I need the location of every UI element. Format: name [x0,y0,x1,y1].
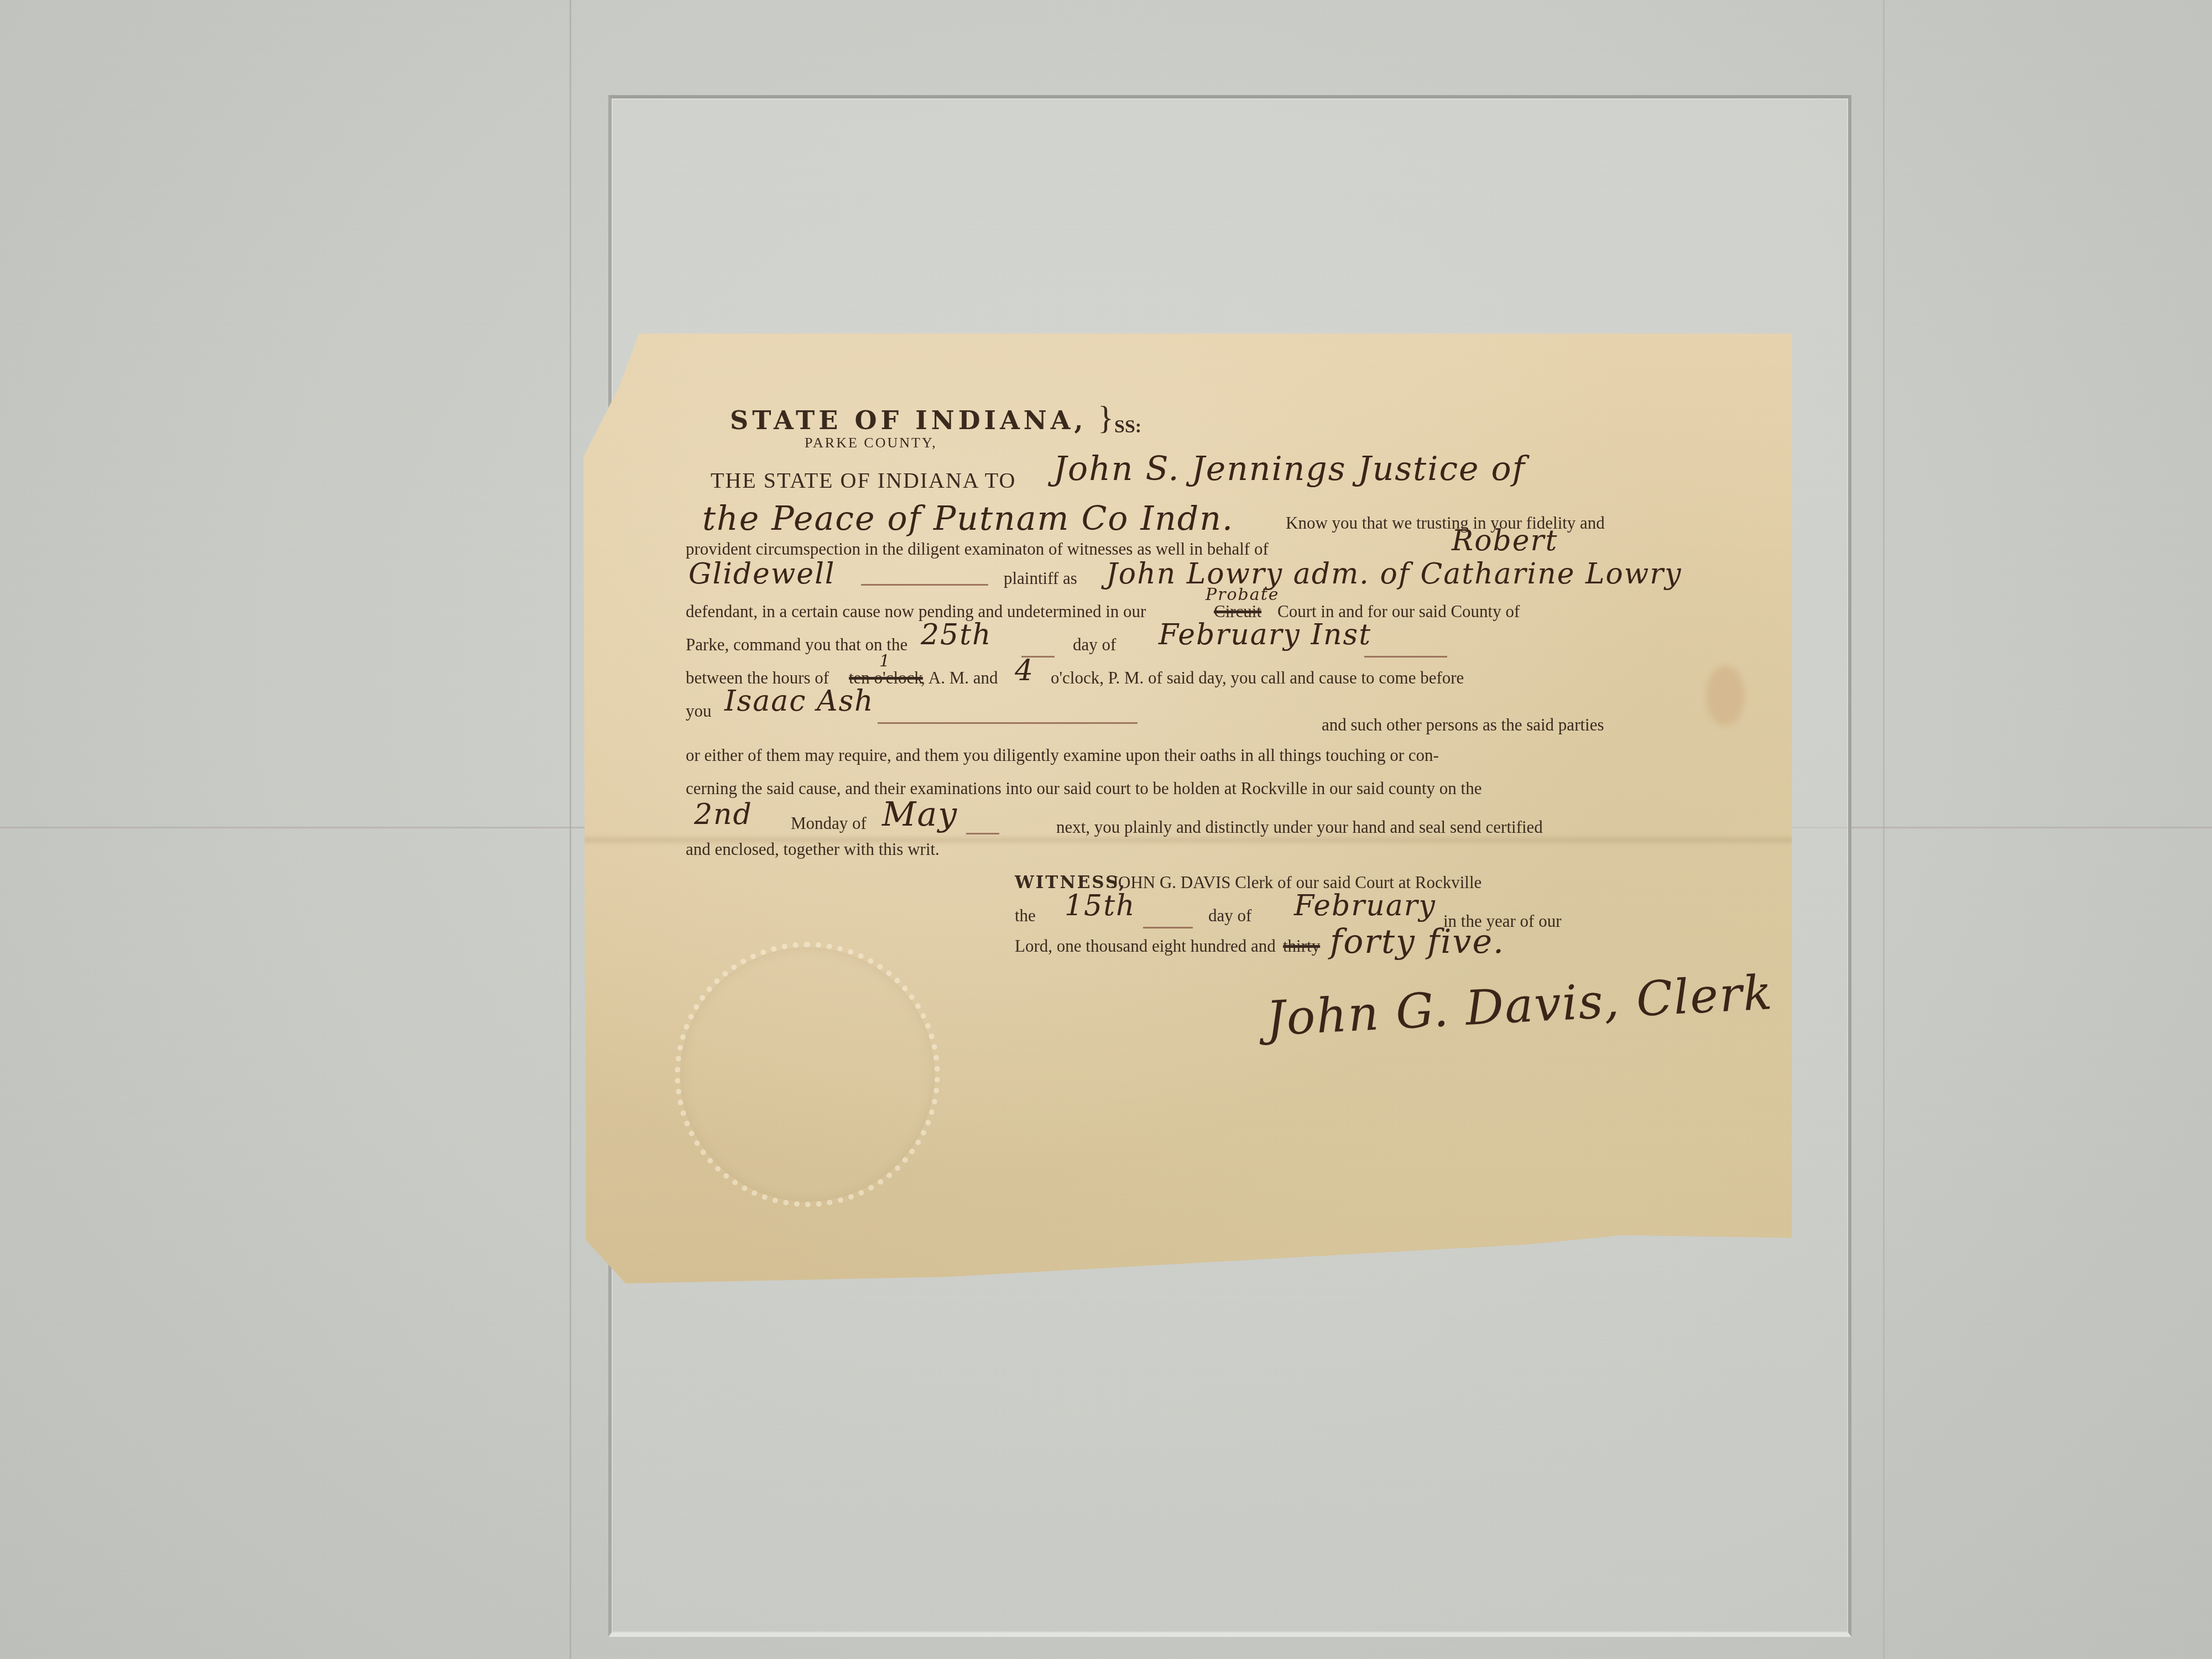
line-11-print-b: next, you plainly and distinctly under y… [1056,817,1543,837]
line-4-print: plaintiff as [1004,568,1077,588]
ss-mark: SS: [1114,416,1141,437]
hour-insertion-hand: 1 [879,651,891,671]
line-11-print-a: Monday of [791,813,867,833]
week-ordinal-hand: 2nd [694,798,753,831]
paper-stain [1706,665,1745,726]
brace-icon: } [1098,399,1114,437]
month-hand: February Inst [1159,618,1371,651]
witness-line-2-a: the [1015,906,1036,926]
line-9-print: or either of them may require, and them … [686,745,1439,765]
line-5-print-a: defendant, in a certain cause now pendin… [686,602,1146,622]
year-hand: forty five. [1330,922,1505,961]
line-10-print: cerning the said cause, and their examin… [686,779,1481,799]
embossed-seal-icon [675,942,940,1207]
address-line-print: THE STATE OF INDIANA TO [711,467,1016,493]
document-paper: STATE OF INDIANA, } SS: PARKE COUNTY, TH… [583,333,1792,1284]
defendant-hand: John Lowry adm. of Catharine Lowry [1106,557,1682,591]
blank-line [854,580,995,589]
witness-name-hand: Isaac Ash [724,685,874,718]
line-6-print-b: day of [1073,635,1116,655]
line-8-print-a: you [686,701,712,721]
court-month-hand: May [882,795,958,834]
plaintiff-first-name-hand: Robert [1452,524,1558,557]
end-hour-hand: 4 [1015,654,1034,687]
document-title: STATE OF INDIANA, [730,405,1087,435]
board-seam [570,0,571,1659]
witness-month-hand: February [1294,889,1436,922]
line-7-print-c: o'clock, P. M. of said day, you call and… [1051,668,1464,688]
jurisdiction-hand: the Peace of Putnam Co Indn. [702,499,1234,538]
witness-line-2-b: day of [1208,906,1251,926]
blank-line [959,828,1006,838]
day-hand: 25th [921,618,992,651]
line-12-print: and enclosed, together with this writ. [686,839,940,859]
year-struck-text: thirty [1283,936,1320,956]
line-8-print-b: and such other persons as the said parti… [1322,715,1604,735]
line-6-print-a: Parke, command you that on the [686,635,907,655]
blank-line [1136,922,1199,932]
blank-line [871,718,1144,728]
blank-line [1358,651,1454,661]
justice-name-hand: John S. Jennings Justice of [1053,450,1526,488]
clerk-signature: John G. Davis, Clerk [1265,965,1774,1047]
line-7-print-b: , A. M. and [921,668,998,688]
witness-day-hand: 15th [1065,889,1136,922]
witness-line-3-a: Lord, one thousand eight hundred and [1015,936,1276,956]
plaintiff-last-name-hand: Glidewell [688,557,835,591]
county-label: PARKE COUNTY, [805,435,937,451]
mat-edge-line [1883,0,1885,1659]
line-3-print: provident circumspection in the diligent… [686,539,1269,559]
